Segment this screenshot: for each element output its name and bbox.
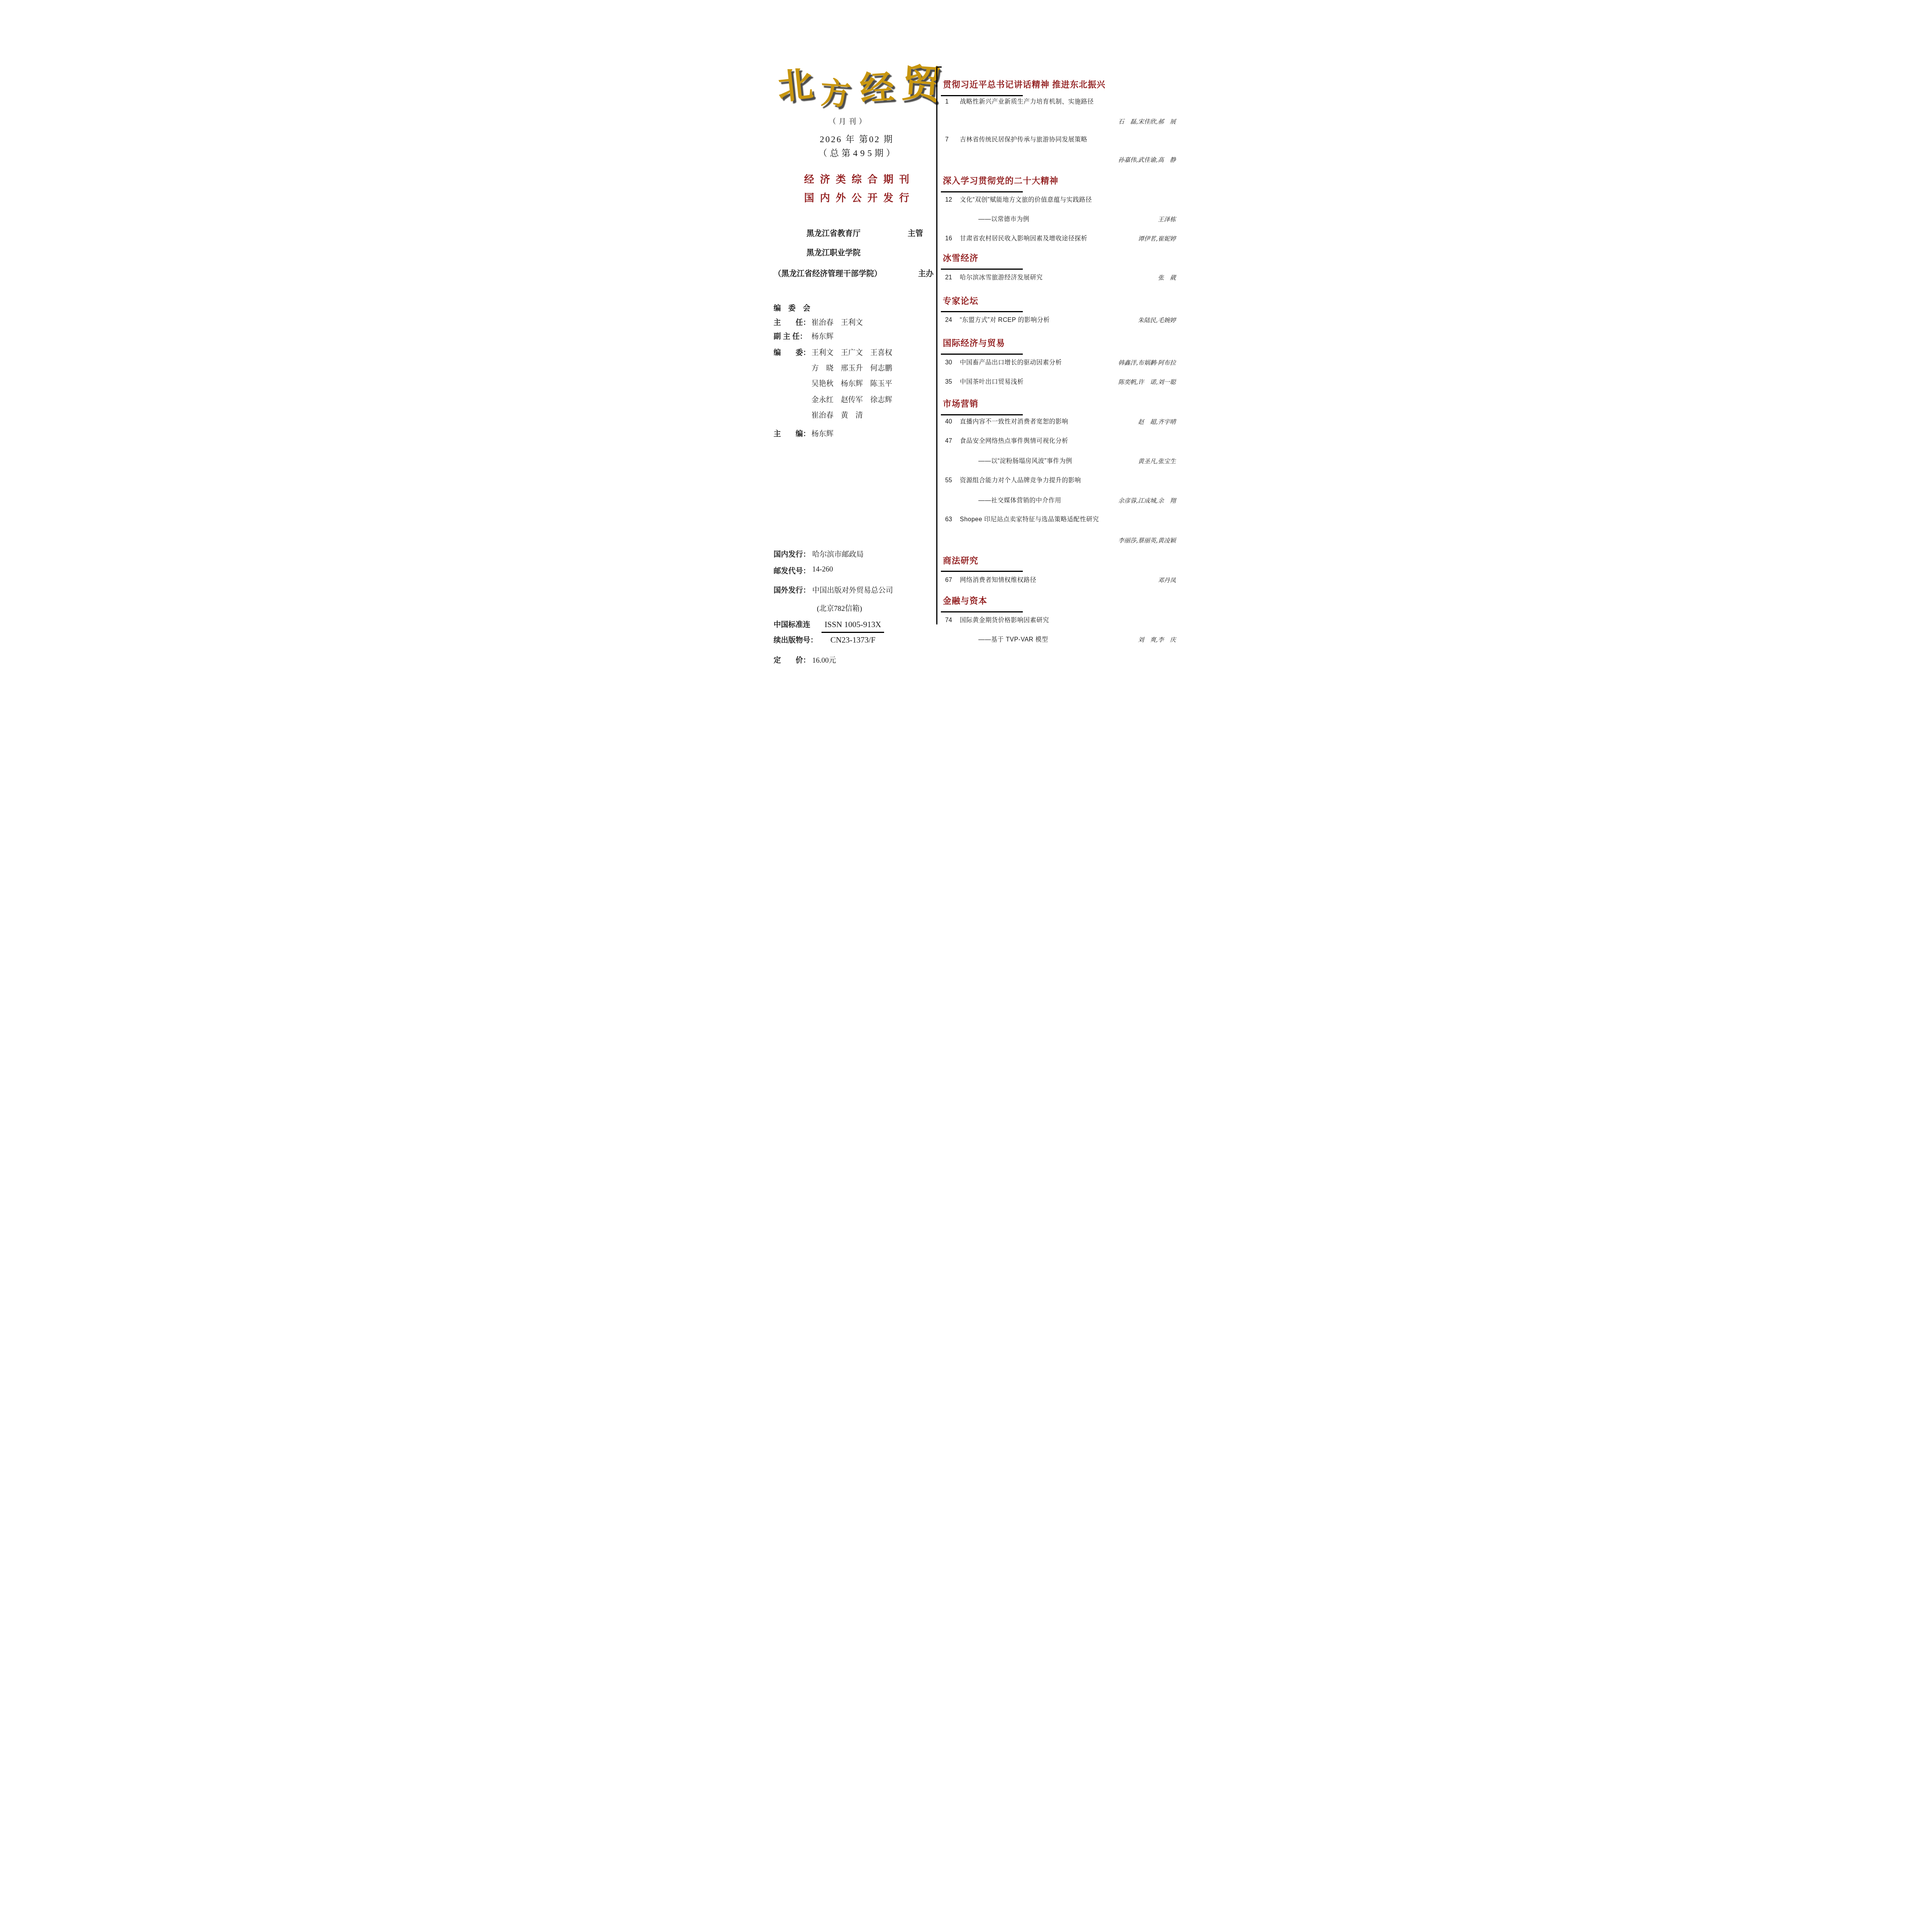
issn-cn-values: ISSN 1005-913X CN23-1373/F (821, 617, 884, 648)
tagline-distribution: 国内外公开发行 (774, 190, 940, 204)
toc-page-number: 24 (943, 316, 960, 324)
toc-item-title: 哈尔滨冰雪旅游经济发展研究 (960, 274, 1043, 282)
organizer-role: 主办 (918, 267, 934, 279)
section-rule (941, 269, 1023, 270)
toc-page-number: 16 (943, 235, 960, 243)
logo-char: 北 (776, 66, 815, 109)
issn-cn-labels: 中国标准连 续出版物号： (774, 617, 818, 648)
publishing-row: 国内发行： 哈尔滨市邮政局 (774, 549, 864, 559)
toc-item-authors: 赵 超,齐宇晴 (1138, 418, 1196, 426)
eb-member-line: 金永红 赵传军 徐志辉 (811, 394, 892, 405)
section-heading: 商法研究 (943, 554, 978, 566)
tagline-category: 经济类综合期刊 (774, 172, 940, 186)
issn-cn-block: 中国标准连 续出版物号： ISSN 1005-913X CN23-1373/F (774, 617, 884, 648)
toc-item: 47 食品安全网络热点事件舆情可视化分析 (943, 437, 1196, 445)
column-divider-tick (936, 66, 942, 68)
organizer-alt-row: （黑龙江省经济管理干部学院） 主办 (774, 267, 934, 279)
toc-page-number: 55 (943, 477, 960, 485)
po-box-line: (北京782信箱) (817, 603, 862, 613)
eb-row-label: 编 委： (774, 347, 811, 357)
editorial-board-title: 编 委 会 (774, 303, 810, 313)
toc-page-number: 47 (943, 437, 960, 445)
supervisor-role: 主管 (908, 227, 923, 238)
editorial-board-row: 编 委： 王利文 王广文 王喜权 (774, 347, 892, 357)
toc-item: 30 中国畜产品出口增长的驱动因素分析 韩鑫洋,布娲鹣·阿布拉 (943, 359, 1196, 367)
section-heading: 冰雪经济 (943, 252, 978, 264)
toc-item-subtitle-row: ——社交媒体营销的中介作用 余彦蓉,江成城,余 翔 (943, 497, 1196, 505)
section-rule (941, 571, 1023, 572)
eb-row-value: 崔治春 王利文 (811, 317, 863, 327)
section-rule (941, 311, 1023, 312)
toc-item: 67 网络消费者知情权维权路径 邓丹凤 (943, 577, 1196, 584)
cn-number: CN23-1373/F (821, 633, 884, 645)
toc-item-subtitle-row: ——以“淀粉肠塌房风波”事件为例 黄圣凡,张宝生 (943, 457, 1196, 465)
eb-member-line: 吴艳秋 杨东辉 陈玉平 (811, 378, 892, 388)
toc-page-number: 21 (943, 274, 960, 282)
section-rule (941, 611, 1023, 612)
toc-item: 16 甘肃省农村居民收入影响因素及增收途径探析 谭伊茗,崔妮婷 (943, 235, 1196, 243)
price-label: 定 价： (774, 655, 812, 665)
editorial-board-row: 副 主 任： 杨东辉 (774, 331, 833, 341)
issue-type-label: （月刊） (764, 116, 930, 126)
eb-row-label: 主 任： (774, 317, 811, 327)
organizer-name: 黑龙江职业学院 (806, 247, 861, 258)
toc-item-title: 吉林省传统民居保护传承与旅游协同发展策略 (960, 136, 1087, 144)
toc-item-authors: 张 葳 (1158, 274, 1196, 282)
toc-page-number: 30 (943, 359, 960, 367)
toc-item-title: 资源组合能力对个人品牌竞争力提升的影响 (960, 477, 1081, 485)
chief-editor-row: 主 编： 杨东辉 (774, 428, 833, 439)
cn-label: 续出版物号： (774, 633, 818, 648)
publishing-row: 邮发代号： 14-260 (774, 565, 833, 576)
issn-number: ISSN 1005-913X (821, 617, 884, 633)
toc-item-authors: 朱陆民,毛婉婷 (1138, 316, 1196, 324)
toc-item: 24 “东盟方式”对 RCEP 的影响分析 朱陆民,毛婉婷 (943, 316, 1196, 324)
toc-item-subtitle-row: ——以常德市为例 王泽栋 (943, 216, 1196, 223)
section-heading: 专家论坛 (943, 294, 978, 306)
toc-item-authors: 王泽栋 (1158, 216, 1196, 223)
toc-page-number: 67 (943, 577, 960, 584)
toc-page-number: 35 (943, 378, 960, 386)
toc-item-title: 战略性新兴产业新质生产力培育机制、实施路径 (960, 98, 1094, 106)
price-row: 定 价： 16.00元 (774, 655, 836, 665)
toc-item: 63 Shopee 印尼站点卖家特征与选品策略适配性研究 (943, 516, 1196, 524)
toc-item: 74 国际黄金期货价格影响因素研究 (943, 617, 1196, 624)
section-rule (941, 191, 1023, 192)
toc-item: 12 文化“双创”赋能地方文旅的价值意蕴与实践路径 (943, 196, 1196, 204)
pub-row-value: 14-260 (812, 565, 833, 576)
toc-page-number: 74 (943, 617, 960, 624)
eb-row-value: 王利文 王广文 王喜权 (811, 347, 892, 357)
toc-item: 35 中国茶叶出口贸易浅析 陈奕帆,许 诺,刘一聪 (943, 378, 1196, 386)
toc-item-subtitle: ——以常德市为例 (943, 216, 1029, 223)
pub-row-label: 邮发代号： (774, 565, 812, 576)
toc-item: 40 直播内容不一致性对消费者宽恕的影响 赵 超,齐宇晴 (943, 418, 1196, 426)
toc-item-title: 食品安全网络热点事件舆情可视化分析 (960, 437, 1068, 445)
toc-page-number: 1 (943, 98, 960, 106)
toc-item: 21 哈尔滨冰雪旅游经济发展研究 张 葳 (943, 274, 1196, 282)
toc-page-number: 40 (943, 418, 960, 426)
price-value: 16.00元 (812, 655, 836, 665)
section-heading: 市场营销 (943, 397, 978, 409)
toc-item-title: 网络消费者知情权维权路径 (960, 577, 1036, 584)
pub-row-label: 国外发行： (774, 585, 812, 595)
supervisor-name: 黑龙江省教育厅 (806, 227, 861, 238)
eb-row-value: 杨东辉 (811, 331, 833, 341)
toc-item-title: 国际黄金期货价格影响因素研究 (960, 617, 1049, 624)
eb-member-line: 崔治春 黄 清 (811, 410, 863, 420)
toc-item-title: “东盟方式”对 RCEP 的影响分析 (960, 316, 1050, 324)
chief-editor-name: 杨东辉 (811, 428, 833, 439)
logo-char: 方 (819, 78, 852, 119)
toc-item-title: 中国畜产品出口增长的驱动因素分析 (960, 359, 1062, 367)
section-rule (941, 354, 1023, 355)
journal-logo: 北 方 经 贸 (777, 65, 941, 104)
toc-item-title: 甘肃省农村居民收入影响因素及增收途径探析 (960, 235, 1087, 243)
toc-item-title: 直播内容不一致性对消费者宽恕的影响 (960, 418, 1068, 426)
column-divider-line (936, 66, 937, 624)
section-heading: 金融与资本 (943, 594, 987, 606)
total-issue-line: （总第495期） (774, 146, 940, 159)
supervisor-row: 黑龙江省教育厅 主管 (806, 227, 923, 238)
journal-cover-toc-page: 北 方 经 贸 （月刊） 2026 年 第02 期 （总第495期） 经济类综合… (719, 0, 1213, 691)
section-heading: 国际经济与贸易 (943, 337, 1005, 349)
eb-row-label: 副 主 任： (774, 331, 811, 341)
toc-item-authors: 余彦蓉,江成城,余 翔 (1118, 497, 1196, 505)
pub-row-value: 中国出版对外贸易总公司 (812, 585, 893, 595)
toc-item-authors: 刘 爽,李 庆 (1138, 636, 1196, 644)
eb-member-line: 方 晓 邢玉升 何志鹏 (811, 362, 892, 373)
pub-row-value: 哈尔滨市邮政局 (812, 549, 864, 559)
toc-item-title: 中国茶叶出口贸易浅析 (960, 378, 1024, 386)
toc-item-authors: 石 磊,宋佳欣,郝 展 (943, 117, 1196, 126)
toc-item-authors: 谭伊茗,崔妮婷 (1138, 235, 1196, 243)
toc-item: 55 资源组合能力对个人品牌竞争力提升的影响 (943, 477, 1196, 485)
toc-item-subtitle: ——社交媒体营销的中介作用 (943, 497, 1061, 505)
toc-item: 7 吉林省传统民居保护传承与旅游协同发展策略 (943, 136, 1196, 144)
chief-editor-label: 主 编： (774, 428, 811, 439)
toc-item: 1 战略性新兴产业新质生产力培育机制、实施路径 (943, 98, 1196, 106)
section-heading: 深入学习贯彻党的二十大精神 (943, 174, 1058, 186)
toc-item-authors: 韩鑫洋,布娲鹣·阿布拉 (1118, 359, 1196, 367)
toc-item-subtitle-row: ——基于 TVP-VAR 模型 刘 爽,李 庆 (943, 636, 1196, 644)
section-rule (941, 95, 1023, 96)
toc-page-number: 7 (943, 136, 960, 144)
section-heading: 贯彻习近平总书记讲话精神 推进东北振兴 (943, 78, 1105, 90)
year-issue-line: 2026 年 第02 期 (774, 132, 940, 145)
toc-item-title: Shopee 印尼站点卖家特征与选品策略适配性研究 (960, 516, 1099, 524)
toc-item-authors: 黄圣凡,张宝生 (1138, 457, 1196, 465)
toc-page-number: 63 (943, 516, 960, 524)
issn-label: 中国标准连 (774, 617, 818, 633)
editorial-board-row: 主 任： 崔治春 王利文 (774, 317, 863, 327)
toc-item-title: 文化“双创”赋能地方文旅的价值意蕴与实践路径 (960, 196, 1092, 204)
publishing-row: 国外发行： 中国出版对外贸易总公司 (774, 585, 893, 595)
pub-row-label: 国内发行： (774, 549, 812, 559)
table-of-contents: 贯彻习近平总书记讲话精神 推进东北振兴 1 战略性新兴产业新质生产力培育机制、实… (943, 0, 1196, 691)
toc-item-subtitle: ——基于 TVP-VAR 模型 (943, 636, 1048, 644)
section-rule (941, 414, 1023, 415)
toc-item-subtitle: ——以“淀粉肠塌房风波”事件为例 (943, 457, 1072, 465)
logo-char: 经 (859, 70, 895, 112)
toc-item-authors: 李丽莎,蔡丽英,黄凌颖 (943, 536, 1196, 544)
toc-page-number: 12 (943, 196, 960, 204)
organizer-alt-name: （黑龙江省经济管理干部学院） (774, 267, 882, 279)
toc-item-authors: 邓丹凤 (1158, 577, 1196, 584)
toc-item-authors: 孙嘉伟,武佳谕,高 静 (943, 155, 1196, 164)
toc-item-authors: 陈奕帆,许 诺,刘一聪 (1118, 378, 1196, 386)
